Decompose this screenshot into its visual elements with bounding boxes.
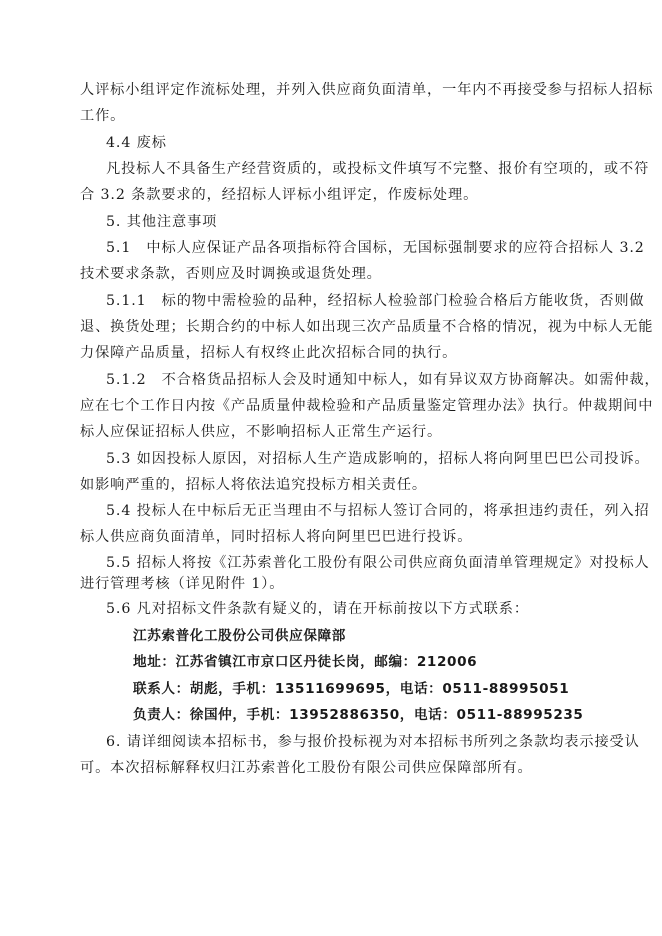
paragraph-line: 力保障产品质量，招标人有权终止此次招标合同的执行。 [80, 343, 584, 363]
contact-address: 地址：江苏省镇江市京口区丹徒长岗，邮编：212006 [133, 652, 593, 672]
paragraph-line: 凡投标人不具备生产经营资质的，或投标文件填写不完整、报价有空项的，或不符 [106, 159, 584, 179]
paragraph-line: 应在七个工作日内按《产品质量仲裁检验和产品质量鉴定管理办法》执行。仲裁期间中 [80, 396, 584, 416]
paragraph-line: 可。本次招标解释权归江苏索普化工股份有限公司供应保障部所有。 [80, 758, 584, 778]
paragraph-line: 5.3 如因投标人原因，对招标人生产造成影响的，招标人将向阿里巴巴公司投诉。 [106, 449, 584, 469]
paragraph-line: 人评标小组评定作流标处理，并列入供应商负面清单，一年内不再接受参与招标人招标 [80, 80, 584, 100]
contact-department: 江苏索普化工股份公司供应保障部 [133, 626, 593, 646]
paragraph-line: 如影响严重的，招标人将依法追究投标方相关责任。 [80, 475, 584, 495]
paragraph-line: 退、换货处理；长期合约的中标人如出现三次产品质量不合格的情况，视为中标人无能 [80, 317, 584, 337]
paragraph-line: 5.4 投标人在中标后无正当理由不与招标人签订合同的，将承担违约责任，列入招 [106, 501, 584, 521]
paragraph-line: 5.5 招标人将按《江苏索普化工股份有限公司供应商负面清单管理规定》对投标人 [106, 553, 584, 573]
paragraph-line: 标人应保证招标人供应，不影响招标人正常生产运行。 [80, 422, 584, 442]
section-heading-5: 5. 其他注意事项 [106, 212, 584, 232]
document-page: 人评标小组评定作流标处理，并列入供应商负面清单，一年内不再接受参与招标人招标 工… [0, 0, 662, 936]
paragraph-line: 技术要求条款，否则应及时调换或退货处理。 [80, 264, 584, 284]
paragraph-line: 5.1.1 标的物中需检验的品种，经招标人检验部门检验合格后方能收货，否则做 [106, 291, 584, 311]
paragraph-line: 5.1 中标人应保证产品各项指标符合国标，无国标强制要求的应符合招标人 3.2 [106, 238, 584, 258]
contact-person: 联系人：胡彪，手机：13511699695，电话：0511-88995051 [133, 679, 593, 699]
section-heading-4-4: 4.4 废标 [106, 133, 584, 153]
paragraph-line: 5.6 凡对招标文件条款有疑义的，请在开标前按以下方式联系： [106, 599, 584, 619]
paragraph-line: 工作。 [80, 106, 584, 126]
paragraph-line: 进行管理考核（详见附件 1）。 [80, 574, 584, 594]
responsible-person: 负责人：徐国仲，手机：13952886350，电话：0511-88995235 [133, 705, 593, 725]
paragraph-line: 标人供应商负面清单，同时招标人将向阿里巴巴进行投诉。 [80, 527, 584, 547]
paragraph-line: 6. 请详细阅读本招标书，参与报价投标视为对本招标书所列之条款均表示接受认 [106, 732, 584, 752]
paragraph-line: 5.1.2 不合格货品招标人会及时通知中标人，如有异议双方协商解决。如需仲裁， [106, 370, 584, 390]
paragraph-line: 合 3.2 条款要求的，经招标人评标小组评定，作废标处理。 [80, 185, 584, 205]
